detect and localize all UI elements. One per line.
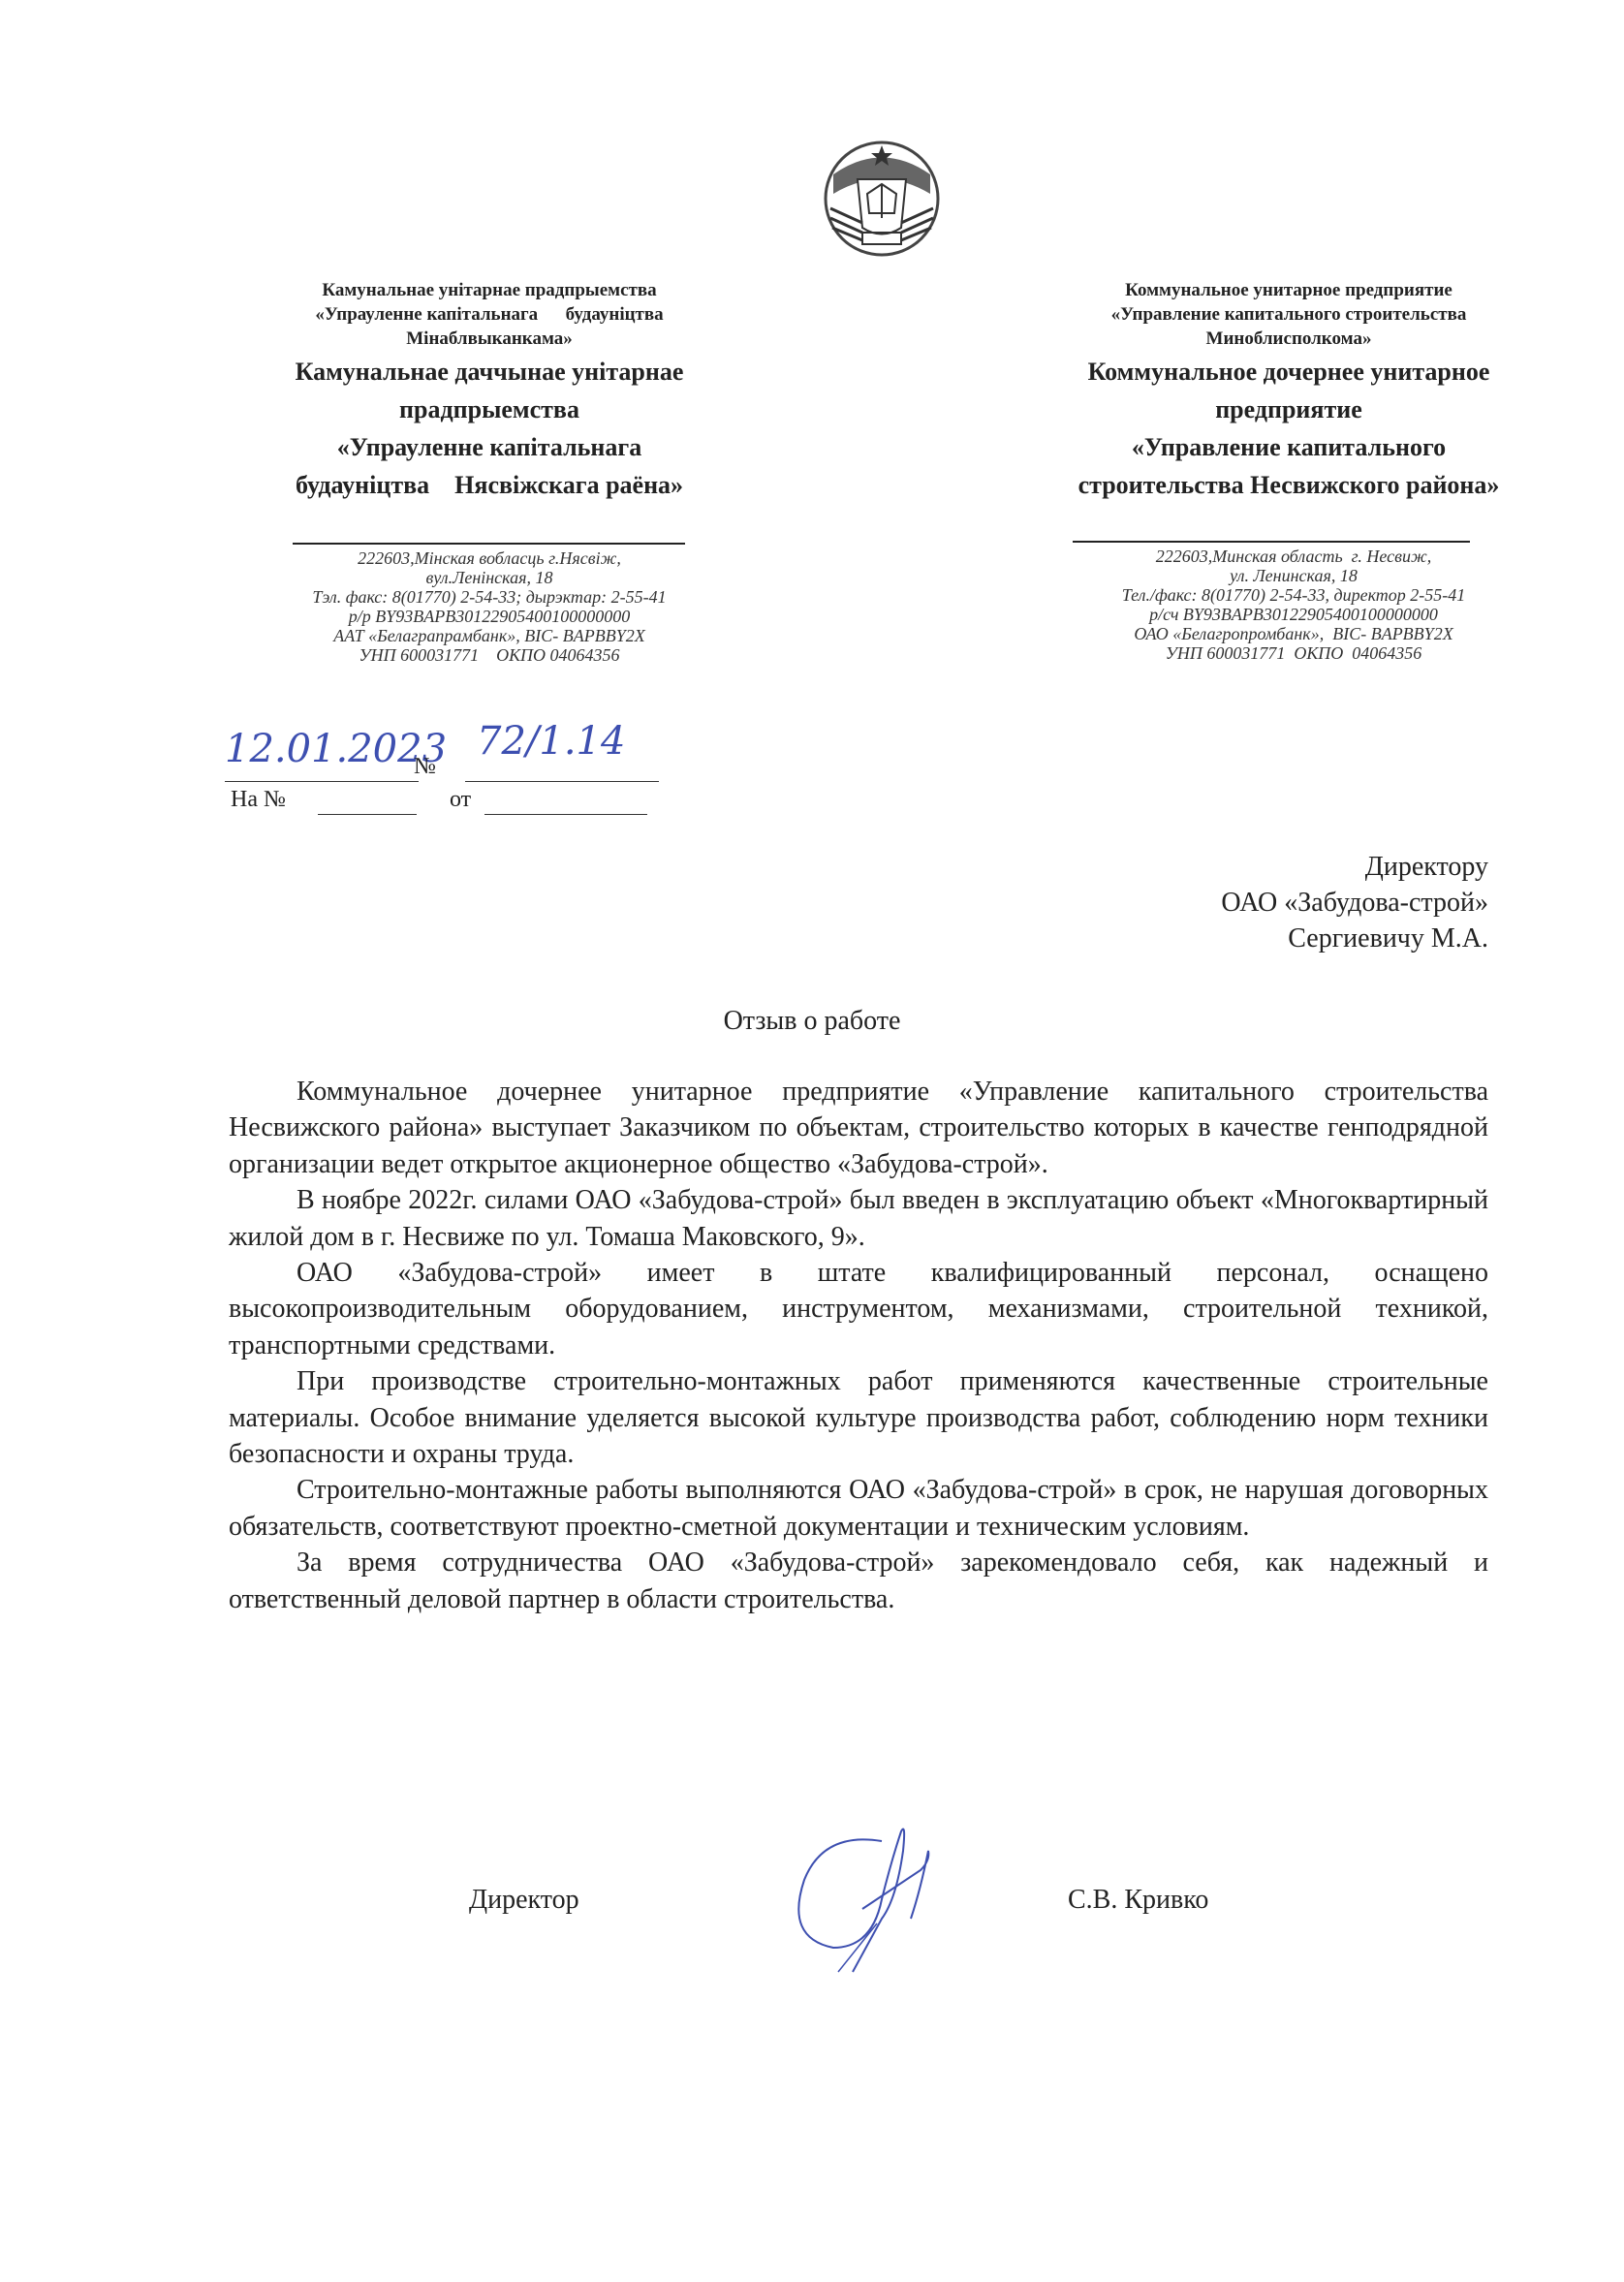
letterhead-left: Камунальнае унітарнае прадпрыемства «Упр… [223,278,756,504]
letterhead-right: Коммунальное унитарное предприятие «Упра… [1008,278,1570,504]
handwritten-number: 72/1.14 [477,719,625,764]
parent-org-ru: Коммунальное унитарное предприятие «Упра… [1008,278,1570,351]
paragraph: Коммунальное дочернее унитарное предприя… [229,1074,1488,1182]
paragraph: В ноябре 2022г. силами ОАО «Забудова-стр… [229,1182,1488,1255]
date-line [225,781,419,782]
address-be: 222603,Мінская вобласць г.Нясвіж, вул.Ле… [223,548,756,665]
from-line [484,814,647,815]
number-line [465,781,659,782]
from-label: от [450,787,471,813]
signature-icon [765,1812,959,1977]
parent-org-be: Камунальнае унітарнае прадпрыемства «Упр… [223,278,756,351]
reply-line [318,814,417,815]
org-name-ru: Коммунальное дочернее унитарное предприя… [1008,353,1570,504]
address-ru: 222603,Минская область г. Несвиж, ул. Ле… [1042,547,1546,663]
signer-name: С.В. Кривко [1068,1885,1208,1916]
divider [1073,541,1470,543]
signer-position: Директор [469,1885,579,1916]
paragraph: За время сотрудничества ОАО «Забудова-ст… [229,1545,1488,1617]
paragraph: Строительно-монтажные работы выполняются… [229,1472,1488,1545]
letter-body: Коммунальное дочернее унитарное предприя… [229,1074,1488,1617]
registration-block: 12.01.2023 № 72/1.14 На № от [225,727,651,814]
number-label: № [414,754,436,780]
recipient-block: Директору ОАО «Забудова-строй» Сергиевич… [1221,849,1488,956]
paragraph: ОАО «Забудова-строй» имеет в штате квали… [229,1255,1488,1363]
paragraph: При производстве строительно-монтажных р… [229,1363,1488,1472]
reply-label: На № [231,787,286,813]
divider [293,543,685,545]
org-name-be: Камунальнае даччынае унітарнае прадпрыем… [223,353,756,504]
document-title: Отзыв о работе [0,1006,1624,1037]
coat-of-arms-icon [809,136,954,262]
